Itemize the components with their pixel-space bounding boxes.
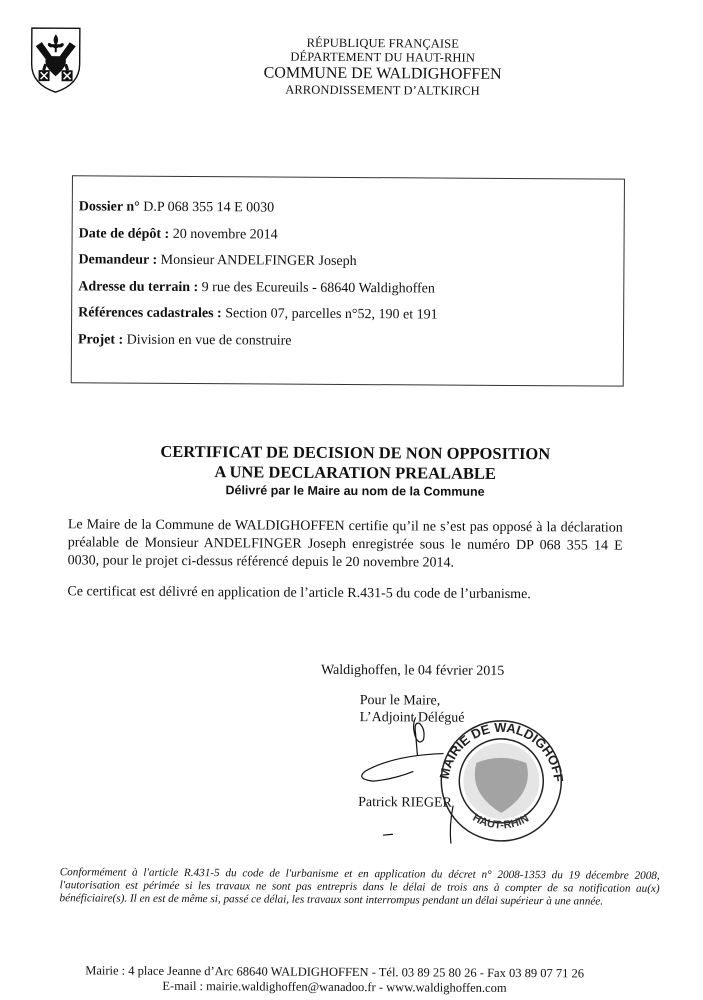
title-subtitle: Délivré par le Maire au nom de la Commun…: [130, 482, 580, 502]
commune-name: COMMUNE DE WALDIGHOFFEN: [233, 64, 533, 84]
project-row: Projet : Division en vue de construire: [78, 327, 623, 357]
title-line-2: A UNE DECLARATION PREALABLE: [130, 462, 580, 485]
certification-paragraph: Le Maire de la Commune de WALDIGHOFFEN c…: [68, 516, 623, 573]
signer-name: Patrick RIEGER: [358, 795, 452, 812]
official-stamp-icon: MAIRIE DE WALDIGHOFFEN HAUT-RHIN: [426, 712, 577, 843]
footer-address: Mairie : 4 place Jeanne d’Arc 68640 WALD…: [77, 963, 592, 981]
municipality-header: RÉPUBLIQUE FRANÇAISE DÉPARTEMENT DU HAUT…: [232, 35, 532, 98]
field-label: Dossier n°: [79, 199, 140, 214]
document-page: RÉPUBLIQUE FRANÇAISE DÉPARTEMENT DU HAUT…: [0, 0, 703, 1000]
certificate-body: Le Maire de la Commune de WALDIGHOFFEN c…: [67, 516, 623, 617]
certificate-title: CERTIFICAT DE DECISION DE NON OPPOSITION…: [130, 442, 580, 502]
coat-of-arms-icon: [29, 26, 81, 94]
field-label: Projet :: [78, 332, 123, 347]
field-value: Section 07, parcelles n°52, 190 et 191: [222, 306, 438, 322]
field-value: 20 novembre 2014: [169, 226, 278, 242]
place-and-date: Waldighoffen, le 04 février 2015: [321, 663, 504, 680]
field-label: Références cadastrales :: [78, 305, 222, 321]
field-value: Division en vue de construire: [123, 332, 291, 348]
footer-contact: E-mail : mairie.waldighoffen@wanadoo.fr …: [77, 978, 592, 996]
arrondissement-line: ARRONDISSEMENT D’ALTKIRCH: [232, 82, 532, 98]
land-address-row: Adresse du terrain : 9 rue des Ecureuils…: [78, 274, 623, 304]
field-value: D.P 068 355 14 E 0030: [140, 200, 275, 216]
field-label: Demandeur :: [78, 252, 157, 267]
field-label: Adresse du terrain :: [78, 279, 198, 295]
for-mayor-line: Pour le Maire,: [360, 692, 465, 710]
field-value: Monsieur ANDELFINGER Joseph: [157, 253, 357, 269]
dossier-info-box: Dossier n° D.P 068 355 14 E 0030 Date de…: [71, 175, 625, 386]
legal-notice: Conformément à l'article R.431-5 du code…: [60, 866, 660, 909]
field-value: 9 rue des Ecureuils - 68640 Waldighoffen: [198, 280, 435, 296]
cadastral-references-row: Références cadastrales : Section 07, par…: [78, 300, 623, 330]
legal-basis-paragraph: Ce certificat est délivré en application…: [67, 583, 622, 604]
applicant-row: Demandeur : Monsieur ANDELFINGER Joseph: [78, 247, 623, 277]
field-label: Date de dépôt :: [79, 226, 170, 242]
page-footer: Mairie : 4 place Jeanne d’Arc 68640 WALD…: [77, 963, 592, 996]
dossier-number-row: Dossier n° D.P 068 355 14 E 0030: [79, 194, 624, 224]
title-line-1: CERTIFICAT DE DECISION DE NON OPPOSITION: [130, 442, 580, 465]
filing-date-row: Date de dépôt : 20 novembre 2014: [79, 221, 624, 251]
